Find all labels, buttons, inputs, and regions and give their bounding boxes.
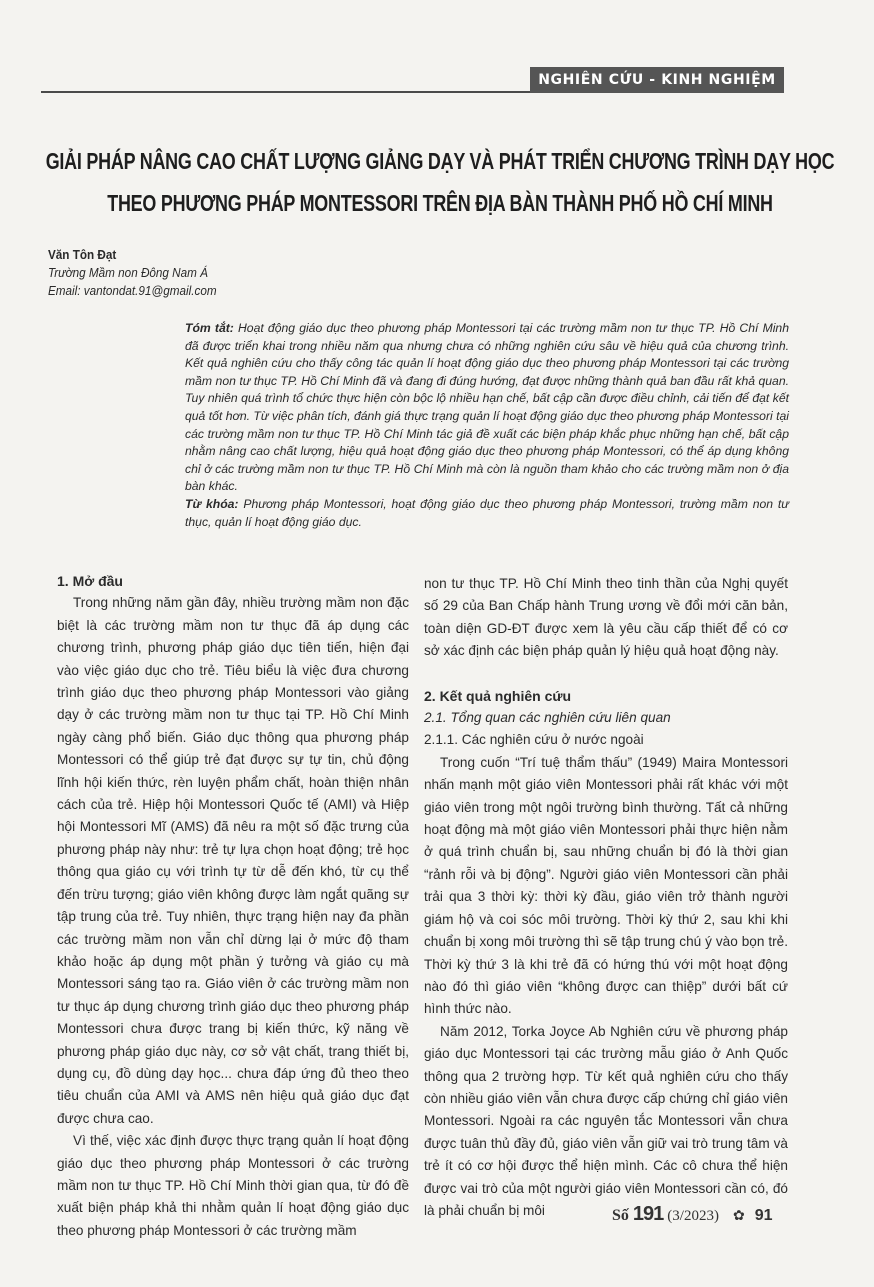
abstract-text: Hoạt động giáo dục theo phương pháp Mont…: [185, 321, 789, 493]
body-paragraph: Trong những năm gần đây, nhiều trường mầ…: [57, 592, 409, 1130]
title-line-2: THEO PHƯƠNG PHÁP MONTESSORI TRÊN ĐỊA BÀN…: [36, 182, 844, 224]
abstract-paragraph: Tóm tắt: Hoạt động giáo dục theo phương …: [185, 320, 789, 496]
page-footer: Số 191 (3/2023) ✿ 91: [612, 1203, 772, 1226]
subsection-heading: 2.1. Tổng quan các nghiên cứu liên quan: [424, 707, 788, 729]
body-column-right: non tư thục TP. Hồ Chí Minh theo tinh th…: [424, 573, 788, 1222]
spacer: [424, 663, 788, 685]
section-tag: NGHIÊN CỨU - KINH NGHIỆM: [530, 67, 784, 93]
keywords-paragraph: Từ khóa: Phương pháp Montessori, hoạt độ…: [185, 496, 789, 531]
section-heading-results: 2. Kết quả nghiên cứu: [424, 685, 788, 707]
journal-page: NGHIÊN CỨU - KINH NGHIỆM GIẢI PHÁP NÂNG …: [0, 0, 874, 1287]
page-number: 91: [755, 1207, 773, 1224]
issue-date: (3/2023): [667, 1208, 719, 1224]
abstract-label: Tóm tắt:: [185, 321, 234, 335]
header-rule: [41, 91, 531, 93]
author-name: Văn Tôn Đạt: [48, 246, 217, 264]
author-email: Email: vantondat.91@gmail.com: [48, 282, 217, 300]
author-affiliation: Trường Mầm non Đông Nam Á: [48, 264, 217, 282]
body-column-left: 1. Mở đầu Trong những năm gần đây, nhiều…: [57, 570, 409, 1242]
title-line-1: GIẢI PHÁP NÂNG CAO CHẤT LƯỢNG GIẢNG DẠY …: [36, 140, 844, 182]
body-paragraph: Vì thế, việc xác định được thực trạng qu…: [57, 1130, 409, 1242]
abstract: Tóm tắt: Hoạt động giáo dục theo phương …: [185, 320, 789, 531]
keywords-label: Từ khóa:: [185, 497, 239, 511]
author-block: Văn Tôn Đạt Trường Mầm non Đông Nam Á Em…: [48, 246, 235, 300]
section-heading-intro: 1. Mở đầu: [57, 570, 409, 592]
issue-prefix: Số: [612, 1207, 629, 1224]
issue-number: 191: [633, 1203, 663, 1225]
keywords-text: Phương pháp Montessori, hoạt động giáo d…: [185, 497, 789, 529]
article-title: GIẢI PHÁP NÂNG CAO CHẤT LƯỢNG GIẢNG DẠY …: [128, 140, 752, 224]
body-paragraph: Năm 2012, Torka Joyce Ab Nghiên cứu về p…: [424, 1021, 788, 1223]
flower-ornament-icon: ✿: [733, 1208, 745, 1225]
body-paragraph: non tư thục TP. Hồ Chí Minh theo tinh th…: [424, 573, 788, 663]
subsubsection-heading: 2.1.1. Các nghiên cứu ở nước ngoài: [424, 729, 788, 751]
body-paragraph: Trong cuốn “Trí tuệ thẩm thấu” (1949) Ma…: [424, 752, 788, 1021]
